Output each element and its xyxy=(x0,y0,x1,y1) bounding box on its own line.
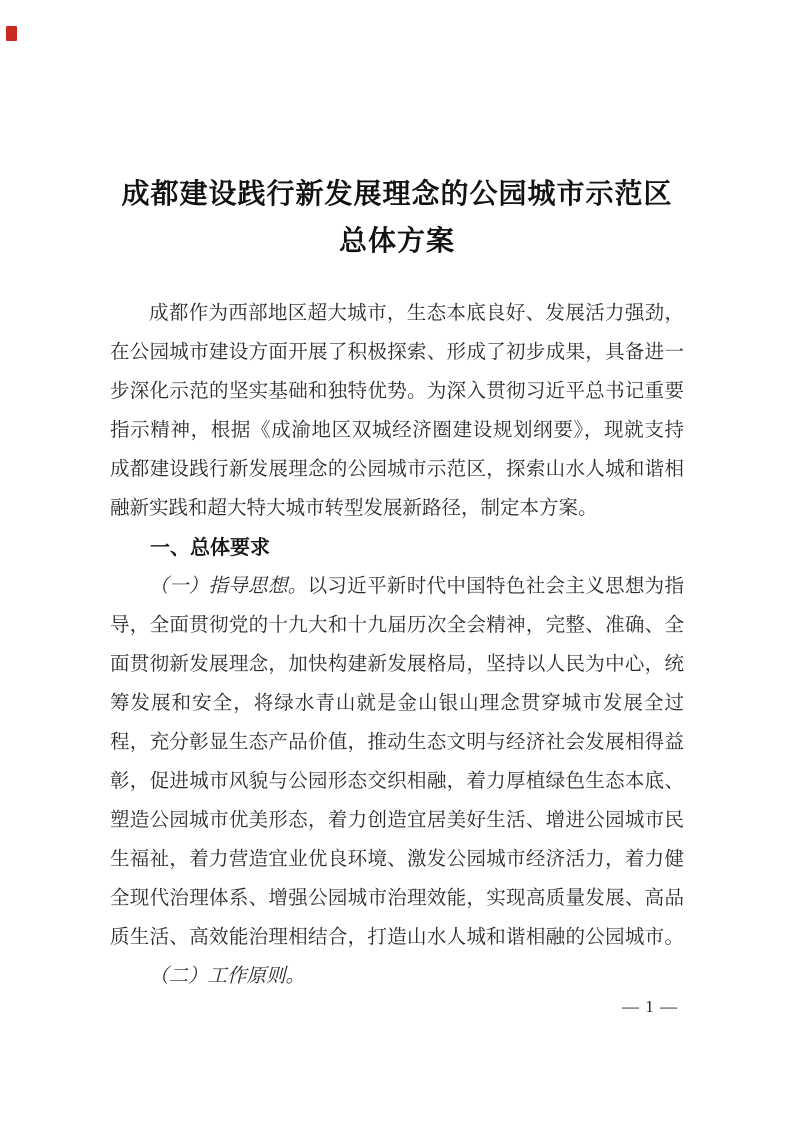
text-line: 筹发展和安全，将绿水青山就是金山银山理念贯穿城市发展全过 xyxy=(110,684,684,723)
text-line: （一）指导思想。以习近平新时代中国特色社会主义思想为指 xyxy=(110,567,684,606)
document-title: 成都建设践行新发展理念的公园城市示范区 总体方案 xyxy=(110,170,684,264)
text-line: 成都建设践行新发展理念的公园城市示范区，探索山水人城和谐相 xyxy=(110,450,684,489)
text-line: 成都作为西部地区超大城市，生态本底良好、发展活力强劲， xyxy=(110,294,684,333)
text-line: 指示精神，根据《成渝地区双城经济圈建设规划纲要》，现就支持 xyxy=(110,411,684,450)
title-line-1: 成都建设践行新发展理念的公园城市示范区 xyxy=(110,170,684,217)
text-line: 程，充分彰显生态产品价值，推动生态文明与经济社会发展相得益 xyxy=(110,723,684,762)
text-line: 塑造公园城市优美形态，着力创造宜居美好生活、增进公园城市民 xyxy=(110,801,684,840)
text-line: 质生活、高效能治理相结合，打造山水人城和谐相融的公园城市。 xyxy=(110,918,684,957)
text-line: 全现代治理体系、增强公园城市治理效能，实现高质量发展、高品 xyxy=(110,879,684,918)
document-page: 成都建设践行新发展理念的公园城市示范区 总体方案 成都作为西部地区超大城市，生态… xyxy=(0,0,794,1123)
text-line: 融新实践和超大特大城市转型发展新路径，制定本方案。 xyxy=(110,489,684,528)
subsection-lead: （一）指导思想。 xyxy=(149,576,308,597)
text-line: 在公园城市建设方面开展了积极探索、形成了初步成果，具备进一 xyxy=(110,333,684,372)
text-line: （二）工作原则。 xyxy=(110,957,684,996)
page-number: — 1 — xyxy=(600,997,700,1017)
text-line: 步深化示范的坚实基础和独特优势。为深入贯彻习近平总书记重要 xyxy=(110,372,684,411)
text-run: 以习近平新时代中国特色社会主义思想为指 xyxy=(308,576,684,597)
text-line: 生福祉，着力营造宜业优良环境、激发公园城市经济活力，着力健 xyxy=(110,840,684,879)
title-line-2: 总体方案 xyxy=(110,217,684,264)
document-body: 成都作为西部地区超大城市，生态本底良好、发展活力强劲， 在公园城市建设方面开展了… xyxy=(110,294,684,996)
red-seal-mark xyxy=(6,26,17,41)
section-heading: 一、总体要求 xyxy=(110,528,684,567)
text-line: 彰，促进城市风貌与公园形态交织相融，着力厚植绿色生态本底、 xyxy=(110,762,684,801)
text-line: 导，全面贯彻党的十九大和十九届历次全会精神，完整、准确、全 xyxy=(110,606,684,645)
text-line: 面贯彻新发展理念，加快构建新发展格局，坚持以人民为中心，统 xyxy=(110,645,684,684)
subsection-lead: （二）工作原则。 xyxy=(149,966,305,987)
